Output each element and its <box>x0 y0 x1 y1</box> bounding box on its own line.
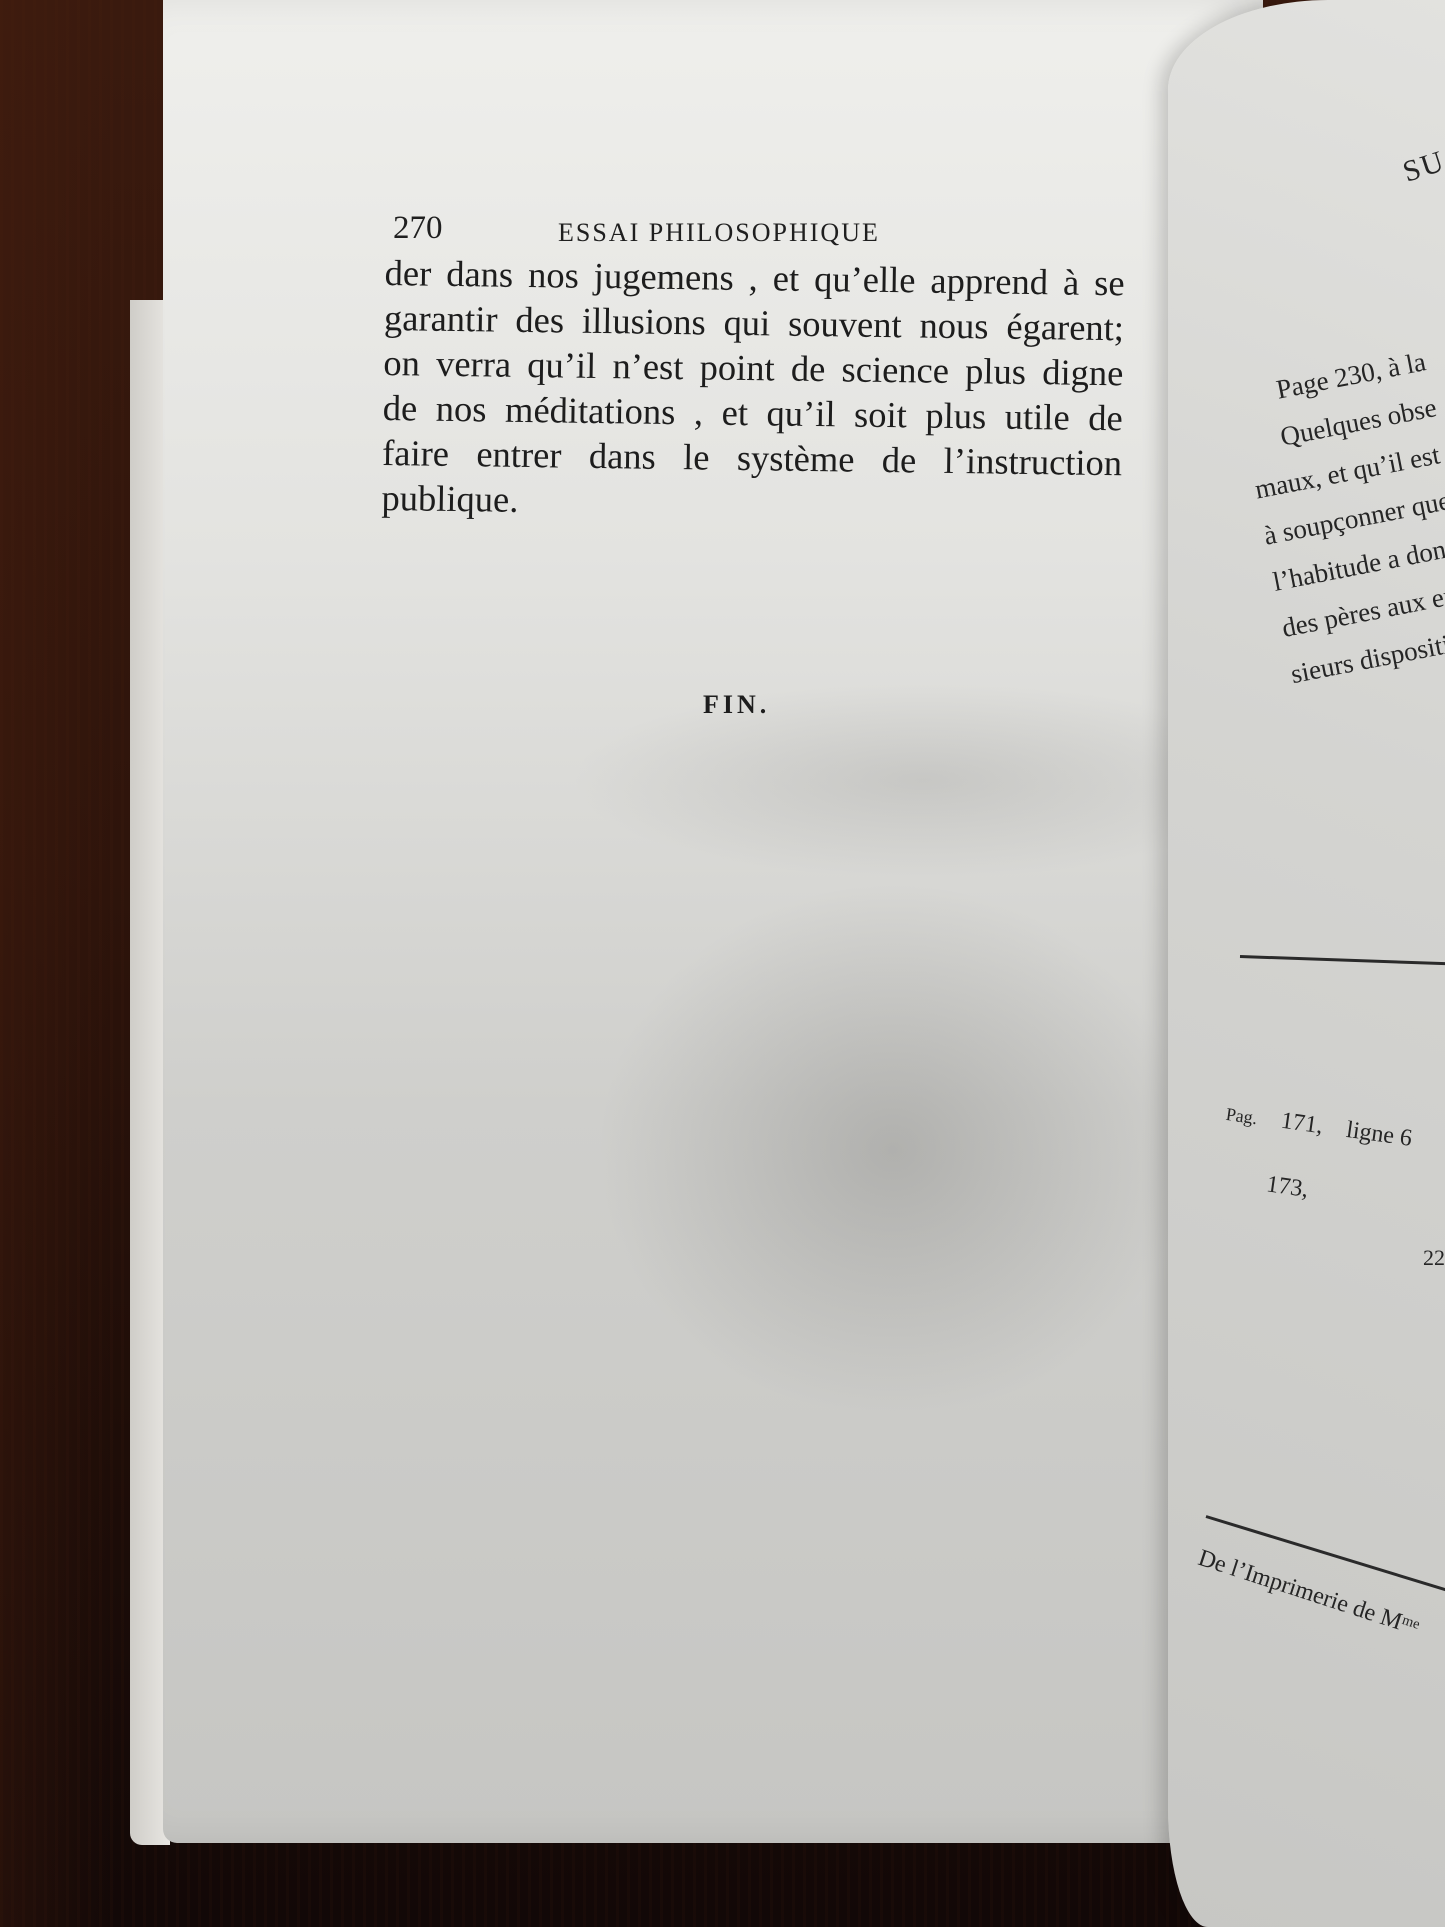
errata-page: 171, <box>1279 1108 1324 1140</box>
errata-row: Pag. 171, ligne 6 <box>1224 1100 1413 1153</box>
horizontal-rule <box>1240 955 1445 968</box>
imprint-line: De l’Imprimerie de Mᵐᵉ <box>1195 1545 1423 1642</box>
running-head-title: ESSAI PHILOSOPHIQUE <box>558 218 880 248</box>
right-page-heading: SU <box>1399 144 1445 189</box>
errata-list: Pag. 171, ligne 6 173, <box>1210 1100 1414 1255</box>
errata-fragment: 22 <box>1423 1245 1445 1271</box>
end-mark: FIN. <box>703 690 770 720</box>
running-head: 270 ESSAI PHILOSOPHIQUE <box>393 210 953 250</box>
errata-label: Pag. <box>1225 1104 1259 1128</box>
right-page-note: Page 230, à la Quelques obse maux, et qu… <box>1233 337 1445 698</box>
errata-row: 173, <box>1215 1164 1404 1217</box>
errata-page: 173, <box>1265 1171 1310 1203</box>
page-number: 270 <box>393 210 443 247</box>
body-paragraph: der dans nos jugemens , et qu’elle appre… <box>381 250 1125 530</box>
right-page: SU Page 230, à la Quelques obse maux, et… <box>1168 0 1445 1927</box>
errata-text: ligne 6 <box>1345 1117 1414 1152</box>
